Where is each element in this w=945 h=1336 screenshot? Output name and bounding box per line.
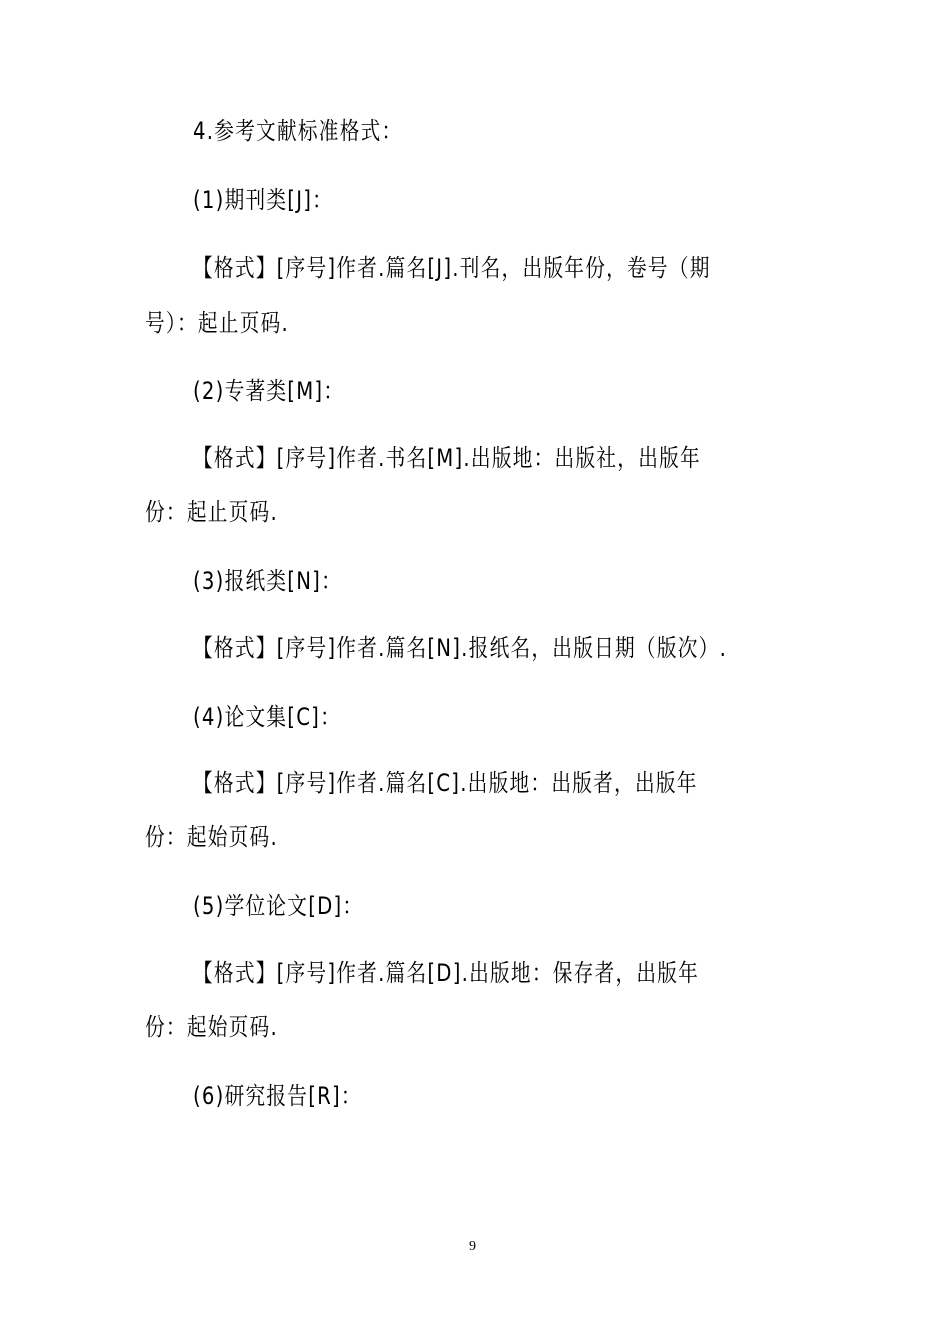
item-heading-journal: (1)期刊类[J]：: [193, 185, 333, 215]
format-line-proceedings: 【格式】[序号]作者.篇名[C].出版地：出版者，出版年: [193, 768, 698, 798]
format-line-monograph-cont: 份：起止页码.: [145, 497, 278, 527]
item-heading-proceedings: (4)论文集[C]：: [193, 702, 341, 732]
page-number: 9: [0, 1239, 945, 1255]
item-heading-monograph: (2)专著类[M]：: [193, 376, 344, 406]
format-line-monograph: 【格式】[序号]作者.书名[M].出版地：出版社，出版年: [193, 443, 701, 473]
format-line-thesis-cont: 份：起始页码.: [145, 1012, 278, 1042]
format-line-proceedings-cont: 份：起始页码.: [145, 822, 278, 852]
format-line-journal: 【格式】[序号]作者.篇名[J].刊名，出版年份，卷号（期: [193, 253, 711, 283]
item-heading-thesis: (5)学位论文[D]：: [193, 891, 363, 921]
format-line-thesis: 【格式】[序号]作者.篇名[D].出版地：保存者，出版年: [193, 958, 699, 988]
document-page: 4.参考文献标准格式： (1)期刊类[J]： 【格式】[序号]作者.篇名[J].…: [0, 0, 945, 1336]
item-heading-newspaper: (3)报纸类[N]：: [193, 566, 342, 596]
format-line-journal-cont: 号）：起止页码.: [145, 308, 289, 338]
item-heading-report: (6)研究报告[R]：: [193, 1081, 362, 1111]
section-heading: 4.参考文献标准格式：: [193, 116, 402, 146]
format-line-newspaper: 【格式】[序号]作者.篇名[N].报纸名，出版日期（版次）.: [193, 633, 727, 663]
